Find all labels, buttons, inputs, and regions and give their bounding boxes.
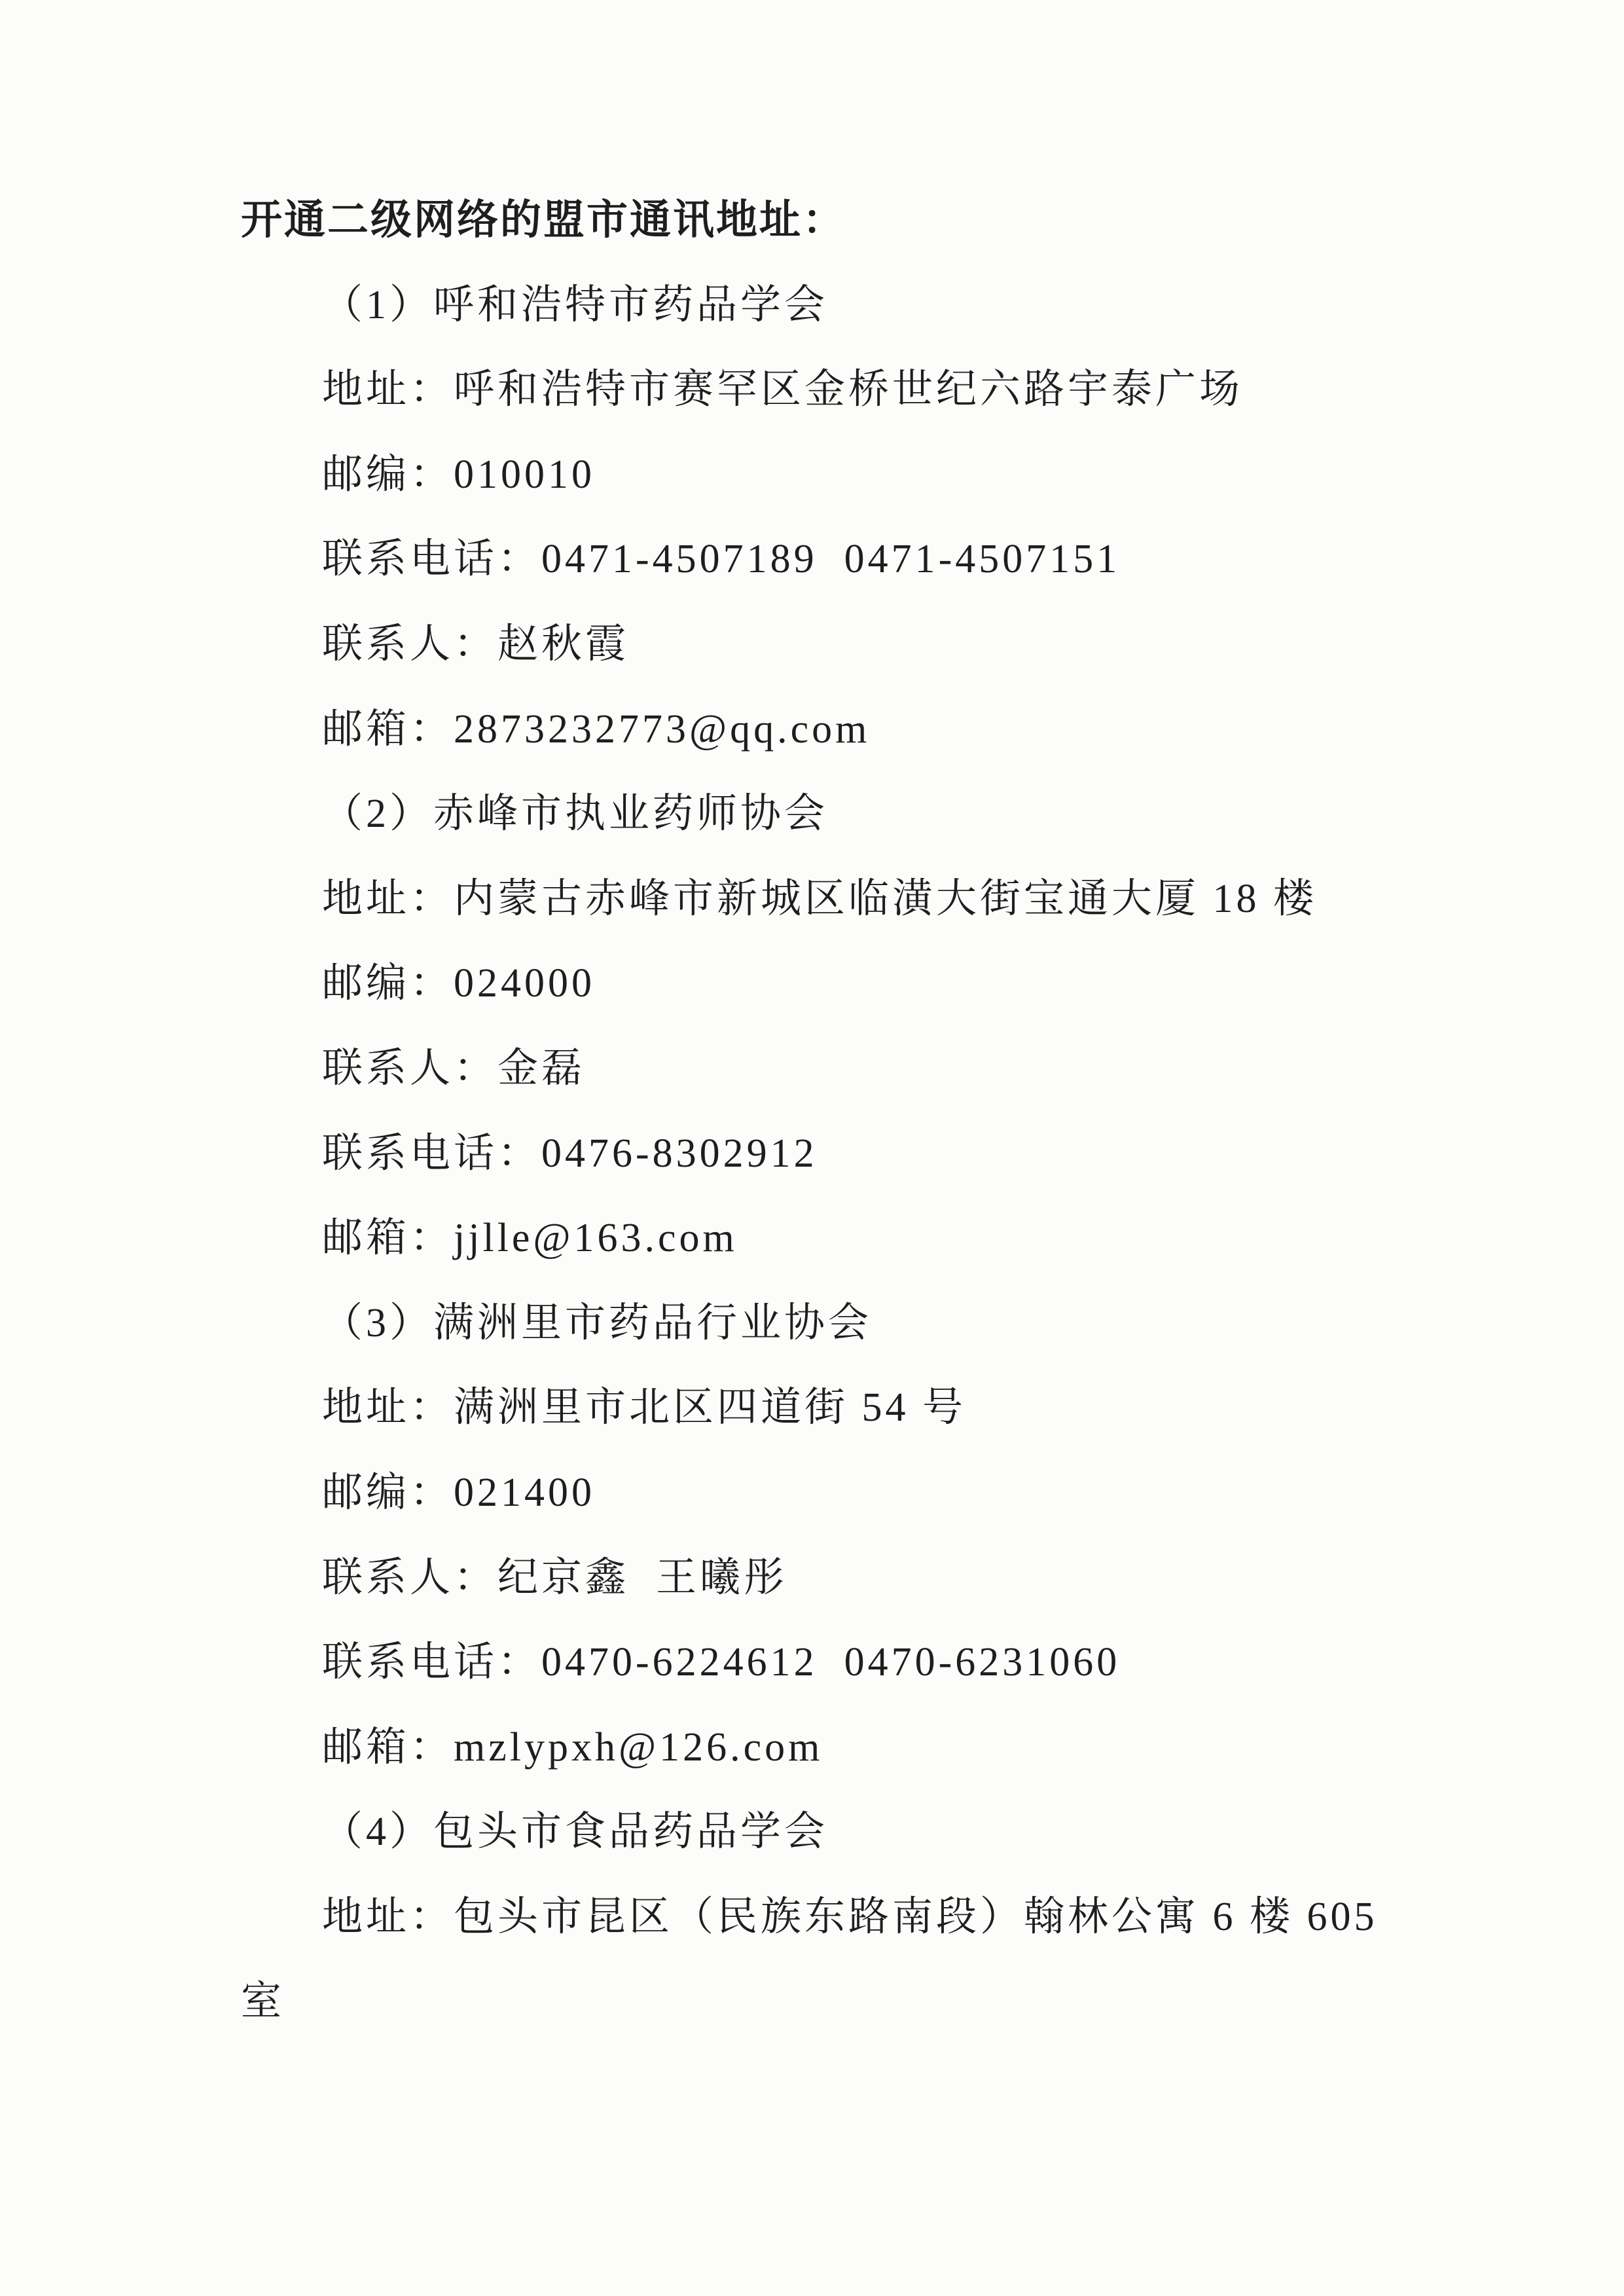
entry4-title-line: （4）包头市食品药品学会 <box>241 1790 1432 1875</box>
field-value: 纪京鑫 王曦彤 <box>497 1556 787 1600</box>
field-value: 010010 <box>454 452 595 497</box>
entry1-email-line: 邮箱：2873232773@qq.com <box>241 687 1432 773</box>
field-label: 邮箱： <box>322 1725 454 1770</box>
field-value-continuation: 室 <box>241 1979 285 2024</box>
field-label: 邮编： <box>322 1470 454 1515</box>
field-label: 邮编： <box>322 961 454 1006</box>
entry1-phone-line: 联系电话：0471-4507189 0471-4507151 <box>241 517 1432 602</box>
field-value: jjlle@163.com <box>454 1216 738 1260</box>
entry3-postcode-line: 邮编：021400 <box>241 1451 1432 1536</box>
entry2-email-line: 邮箱：jjlle@163.com <box>241 1196 1432 1281</box>
field-label: 地址： <box>322 367 454 412</box>
entry1-contact-line: 联系人：赵秋霞 <box>241 602 1432 687</box>
field-value: 0471-4507189 0471-4507151 <box>541 537 1120 581</box>
entry3-contact-line: 联系人：纪京鑫 王曦彤 <box>241 1536 1432 1621</box>
entry1-title-line: （1）呼和浩特市药品学会 <box>241 263 1432 348</box>
field-value: 2873232773@qq.com <box>454 707 870 752</box>
field-label: 地址： <box>322 1385 454 1430</box>
field-value: 0476-8302912 <box>541 1131 818 1176</box>
field-label: 邮编： <box>322 452 454 497</box>
entry1-org-name: 呼和浩特市药品学会 <box>433 283 828 327</box>
entry1-number: （1） <box>322 283 433 327</box>
entry2-title-line: （2）赤峰市执业药师协会 <box>241 772 1432 857</box>
entry3-title-line: （3）满洲里市药品行业协会 <box>241 1281 1432 1366</box>
entry4-address-line: 地址：包头市昆区（民族东路南段）翰林公寓 6 楼 605 <box>241 1875 1432 1960</box>
entry2-postcode-line: 邮编：024000 <box>241 941 1432 1027</box>
entry1-postcode-line: 邮编：010010 <box>241 433 1432 518</box>
field-label: 地址： <box>322 877 454 921</box>
entry3-phone-line: 联系电话：0470-6224612 0470-6231060 <box>241 1620 1432 1705</box>
field-value: 0470-6224612 0470-6231060 <box>541 1640 1120 1685</box>
field-value: 021400 <box>454 1470 595 1515</box>
entry2-phone-line: 联系电话：0476-8302912 <box>241 1112 1432 1197</box>
entry1-address-line: 地址：呼和浩特市赛罕区金桥世纪六路宇泰广场 <box>241 348 1432 433</box>
text-block: 开通二级网络的盟市通讯地址： （1）呼和浩特市药品学会 地址：呼和浩特市赛罕区金… <box>241 178 1432 2045</box>
field-label: 联系人： <box>322 1046 497 1091</box>
field-value: 包头市昆区（民族东路南段）翰林公寓 6 楼 605 <box>454 1895 1378 1939</box>
field-label: 邮箱： <box>322 707 454 752</box>
field-value: 满洲里市北区四道街 54 号 <box>454 1385 966 1430</box>
entry3-email-line: 邮箱：mzlypxh@126.com <box>241 1705 1432 1791</box>
field-label: 联系人： <box>322 622 497 666</box>
entry2-org-name: 赤峰市执业药师协会 <box>433 792 828 836</box>
entry2-contact-line: 联系人：金磊 <box>241 1027 1432 1112</box>
entry4-address-wrap-line: 室 <box>241 1959 1432 2045</box>
entry3-number: （3） <box>322 1301 433 1345</box>
field-label: 邮箱： <box>322 1216 454 1260</box>
field-value: 024000 <box>454 961 595 1006</box>
entry4-number: （4） <box>322 1810 433 1854</box>
field-label: 联系电话： <box>322 537 541 581</box>
section-heading: 开通二级网络的盟市通讯地址： <box>241 178 1432 263</box>
entry4-org-name: 包头市食品药品学会 <box>433 1810 828 1854</box>
entry3-address-line: 地址：满洲里市北区四道街 54 号 <box>241 1366 1432 1451</box>
entry2-address-line: 地址：内蒙古赤峰市新城区临潢大街宝通大厦 18 楼 <box>241 857 1432 942</box>
scanned-document-page: 开通二级网络的盟市通讯地址： （1）呼和浩特市药品学会 地址：呼和浩特市赛罕区金… <box>0 0 1624 2296</box>
field-label: 联系电话： <box>322 1640 541 1685</box>
field-value: 内蒙古赤峰市新城区临潢大街宝通大厦 18 楼 <box>454 877 1317 921</box>
field-label: 地址： <box>322 1895 454 1939</box>
field-value: 金磊 <box>497 1046 585 1091</box>
field-value: 呼和浩特市赛罕区金桥世纪六路宇泰广场 <box>454 367 1243 412</box>
field-value: mzlypxh@126.com <box>454 1725 823 1770</box>
field-label: 联系人： <box>322 1556 497 1600</box>
field-label: 联系电话： <box>322 1131 541 1176</box>
entry2-number: （2） <box>322 792 433 836</box>
field-value: 赵秋霞 <box>497 622 629 666</box>
entry3-org-name: 满洲里市药品行业协会 <box>433 1301 872 1345</box>
